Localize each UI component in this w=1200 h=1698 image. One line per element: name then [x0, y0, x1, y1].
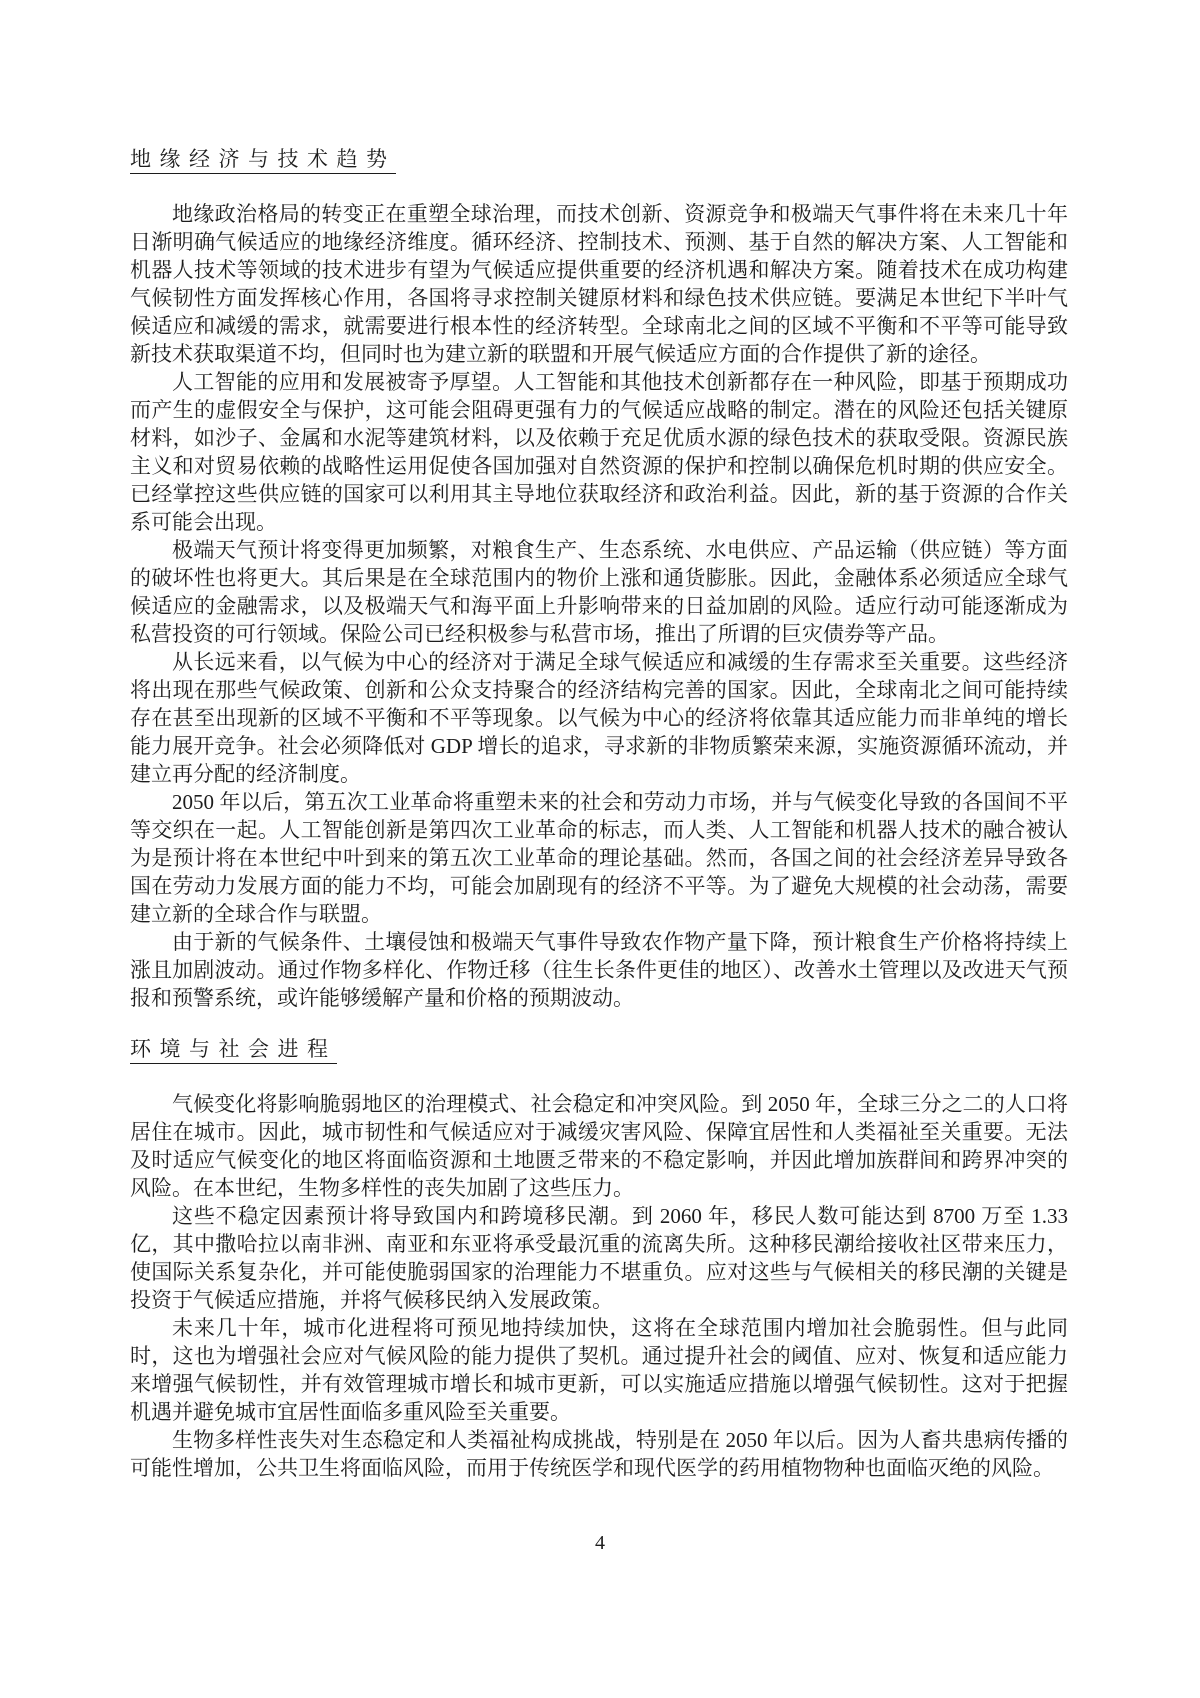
section-geoeconomic-tech-trends: 地缘经济与技术趋势 地缘政治格局的转变正在重塑全球治理，而技术创新、资源竞争和极… [130, 146, 1068, 1012]
paragraph: 极端天气预计将变得更加频繁，对粮食生产、生态系统、水电供应、产品运输（供应链）等… [130, 536, 1068, 648]
section-heading-geoeconomic-tech-trends: 地缘经济与技术趋势 [130, 146, 1068, 172]
paragraph: 未来几十年，城市化进程将可预见地持续加快，这将在全球范围内增加社会脆弱性。但与此… [130, 1314, 1068, 1426]
paragraph: 生物多样性丧失对生态稳定和人类福祉构成挑战，特别是在 2050 年以后。因为人畜… [130, 1426, 1068, 1482]
section-environment-social-processes: 环境与社会进程 气候变化将影响脆弱地区的治理模式、社会稳定和冲突风险。到 205… [130, 1036, 1068, 1482]
page-content: 地缘经济与技术趋势 地缘政治格局的转变正在重塑全球治理，而技术创新、资源竞争和极… [130, 146, 1068, 1482]
document-page: 地缘经济与技术趋势 地缘政治格局的转变正在重塑全球治理，而技术创新、资源竞争和极… [0, 0, 1200, 1698]
paragraph: 人工智能的应用和发展被寄予厚望。人工智能和其他技术创新都存在一种风险，即基于预期… [130, 368, 1068, 536]
page-number: 4 [0, 1531, 1200, 1555]
paragraph: 地缘政治格局的转变正在重塑全球治理，而技术创新、资源竞争和极端天气事件将在未来几… [130, 200, 1068, 368]
paragraph: 气候变化将影响脆弱地区的治理模式、社会稳定和冲突风险。到 2050 年，全球三分… [130, 1090, 1068, 1202]
paragraph: 由于新的气候条件、土壤侵蚀和极端天气事件导致农作物产量下降，预计粮食生产价格将持… [130, 928, 1068, 1012]
section-heading-text: 环境与社会进程 [130, 1037, 337, 1064]
paragraph: 从长远来看，以气候为中心的经济对于满足全球气候适应和减缓的生存需求至关重要。这些… [130, 648, 1068, 788]
section-heading-environment-social-processes: 环境与社会进程 [130, 1036, 1068, 1062]
section-heading-text: 地缘经济与技术趋势 [130, 147, 396, 174]
paragraph: 这些不稳定因素预计将导致国内和跨境移民潮。到 2060 年，移民人数可能达到 8… [130, 1202, 1068, 1314]
paragraph: 2050 年以后，第五次工业革命将重塑未来的社会和劳动力市场，并与气候变化导致的… [130, 788, 1068, 928]
